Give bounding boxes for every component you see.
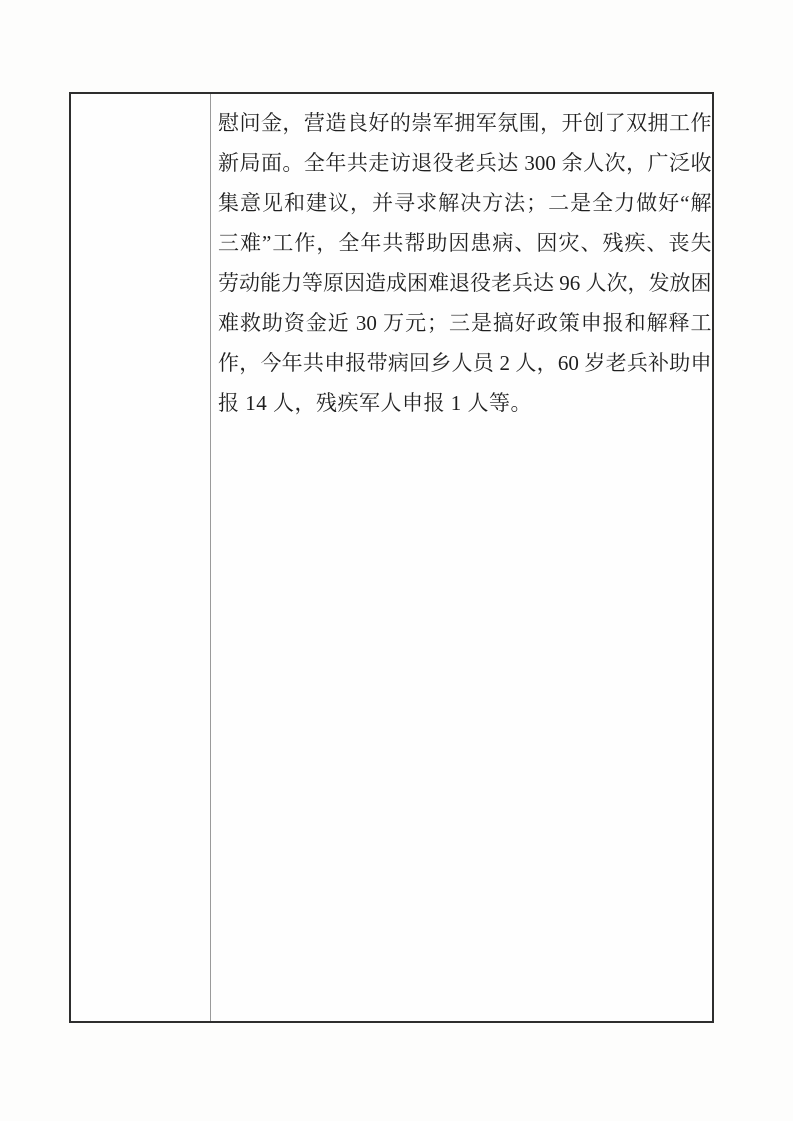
content-line: 慰问金，营造良好的崇军拥军氛围，开创了双拥工作	[218, 103, 712, 143]
form-table: 慰问金，营造良好的崇军拥军氛围，开创了双拥工作 新局面。全年共走访退役老兵达 3…	[69, 92, 714, 1023]
form-label-cell	[71, 94, 211, 1021]
content-line: 集意见和建议，并寻求解决方法；二是全力做好“解	[218, 183, 712, 223]
form-content-cell: 慰问金，营造良好的崇军拥军氛围，开创了双拥工作 新局面。全年共走访退役老兵达 3…	[211, 94, 718, 1021]
content-line: 难救助资金近 30 万元；三是搞好政策申报和解释工	[218, 303, 712, 343]
content-line: 报 14 人，残疾军人申报 1 人等。	[218, 383, 712, 423]
content-line: 三难”工作，全年共帮助因患病、因灾、残疾、丧失	[218, 223, 712, 263]
content-line: 作，今年共申报带病回乡人员 2 人，60 岁老兵补助申	[218, 343, 712, 383]
content-line: 新局面。全年共走访退役老兵达 300 余人次，广泛收	[218, 143, 712, 183]
content-line: 劳动能力等原因造成困难退役老兵达 96 人次，发放困	[218, 263, 712, 303]
document-page: 慰问金，营造良好的崇军拥军氛围，开创了双拥工作 新局面。全年共走访退役老兵达 3…	[0, 0, 793, 1121]
